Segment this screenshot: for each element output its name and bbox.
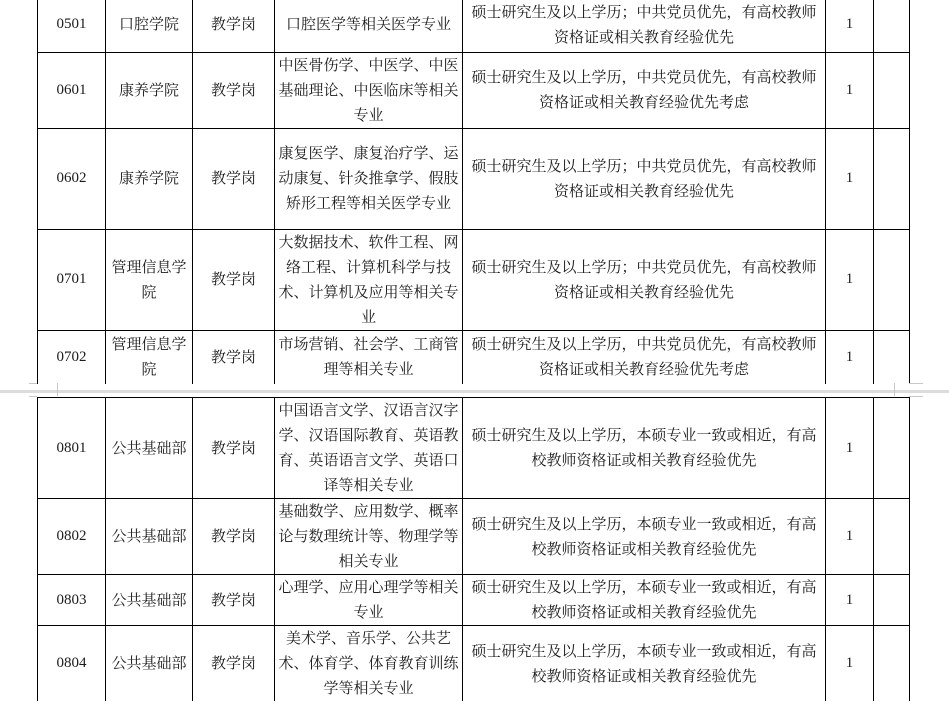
table-row: 0802 公共基础部 教学岗 基础数学、应用数学、概率论与数理统计等、物理学等相… [38, 499, 910, 575]
major: 中国语言文学、汉语言汉字学、汉语国际教育、英语教育、英语语言文学、英语口译等相关… [275, 398, 463, 499]
department: 康养学院 [106, 52, 193, 128]
department: 管理信息学院 [106, 330, 193, 384]
remark [874, 52, 910, 128]
department: 公共基础部 [106, 398, 193, 499]
headcount: 1 [826, 229, 874, 330]
remark [874, 499, 910, 575]
major: 康复医学、康复治疗学、运动康复、针灸推拿学、假肢矫形工程等相关医学专业 [275, 128, 463, 229]
major: 中医骨伤学、中医学、中医基础理论、中医临床等相关专业 [275, 52, 463, 128]
post-type: 教学岗 [193, 0, 275, 52]
table-row: 0804 公共基础部 教学岗 美术学、音乐学、公共艺术、体育学、体育教育训练学等… [38, 626, 910, 701]
margin-corner-mark [909, 383, 923, 384]
remark [874, 128, 910, 229]
position-code: 0702 [38, 330, 106, 384]
department: 公共基础部 [106, 575, 193, 626]
requirements: 硕士研究生及以上学历；中共党员优先，有高校教师资格证或相关教育经验优先 [463, 0, 826, 52]
table-row: 0801 公共基础部 教学岗 中国语言文学、汉语言汉字学、汉语国际教育、英语教育… [38, 398, 910, 499]
requirements: 硕士研究生及以上学历，本硕专业一致或相近，有高校教师资格证或相关教育经验优先 [463, 398, 826, 499]
position-code: 0802 [38, 499, 106, 575]
position-code: 0801 [38, 398, 106, 499]
positions-table-page-2: 0801 公共基础部 教学岗 中国语言文学、汉语言汉字学、汉语国际教育、英语教育… [37, 397, 910, 701]
requirements: 硕士研究生及以上学历，本硕专业一致或相近，有高校教师资格证或相关教育经验优先 [463, 575, 826, 626]
position-code: 0601 [38, 52, 106, 128]
margin-corner-mark [894, 383, 895, 396]
remark [874, 330, 910, 384]
requirements: 硕士研究生及以上学历，本硕专业一致或相近，有高校教师资格证或相关教育经验优先 [463, 499, 826, 575]
major: 美术学、音乐学、公共艺术、体育学、体育教育训练学等相关专业 [275, 626, 463, 701]
position-code: 0602 [38, 128, 106, 229]
position-code: 0803 [38, 575, 106, 626]
department: 管理信息学院 [106, 229, 193, 330]
post-type: 教学岗 [193, 398, 275, 499]
department: 口腔学院 [106, 0, 193, 52]
margin-corner-mark [29, 396, 37, 397]
remark [874, 229, 910, 330]
remark [874, 626, 910, 701]
position-code: 0701 [38, 229, 106, 330]
department: 康养学院 [106, 128, 193, 229]
page-break-separator [0, 384, 949, 397]
post-type: 教学岗 [193, 128, 275, 229]
department: 公共基础部 [106, 499, 193, 575]
table-row: 0702 管理信息学院 教学岗 市场营销、社会学、工商管理等相关专业 硕士研究生… [38, 330, 910, 384]
position-code: 0501 [38, 0, 106, 52]
major: 心理学、应用心理学等相关专业 [275, 575, 463, 626]
major: 市场营销、社会学、工商管理等相关专业 [275, 330, 463, 384]
headcount: 1 [826, 330, 874, 384]
remark [874, 0, 910, 52]
page-gap-band [0, 390, 949, 393]
major: 基础数学、应用数学、概率论与数理统计等、物理学等相关专业 [275, 499, 463, 575]
headcount: 1 [826, 626, 874, 701]
post-type: 教学岗 [193, 575, 275, 626]
requirements: 硕士研究生及以上学历；中共党员优先，有高校教师资格证或相关教育经验优先 [463, 128, 826, 229]
table-row: 0501 口腔学院 教学岗 口腔医学等相关医学专业 硕士研究生及以上学历；中共党… [38, 0, 910, 52]
requirements: 硕士研究生及以上学历，本硕专业一致或相近，有高校教师资格证或相关教育经验优先 [463, 626, 826, 701]
post-type: 教学岗 [193, 626, 275, 701]
table-row: 0803 公共基础部 教学岗 心理学、应用心理学等相关专业 硕士研究生及以上学历… [38, 575, 910, 626]
requirements: 硕士研究生及以上学历；中共党员优先，有高校教师资格证或相关教育经验优先 [463, 229, 826, 330]
headcount: 1 [826, 398, 874, 499]
headcount: 1 [826, 575, 874, 626]
requirements: 硕士研究生及以上学历，中共党员优先，有高校教师资格证或相关教育经验优先考虑 [463, 330, 826, 384]
positions-table-page-1: 0501 口腔学院 教学岗 口腔医学等相关医学专业 硕士研究生及以上学历；中共党… [37, 0, 910, 385]
remark [874, 575, 910, 626]
major: 大数据技术、软件工程、网络工程、计算机科学与技术、计算机及应用等相关专业 [275, 229, 463, 330]
headcount: 1 [826, 0, 874, 52]
requirements: 硕士研究生及以上学历，中共党员优先，有高校教师资格证或相关教育经验优先考虑 [463, 52, 826, 128]
margin-corner-mark [909, 396, 923, 397]
post-type: 教学岗 [193, 330, 275, 384]
margin-corner-mark [57, 383, 58, 396]
major: 口腔医学等相关医学专业 [275, 0, 463, 52]
post-type: 教学岗 [193, 229, 275, 330]
table-row: 0601 康养学院 教学岗 中医骨伤学、中医学、中医基础理论、中医临床等相关专业… [38, 52, 910, 128]
headcount: 1 [826, 499, 874, 575]
table-row: 0701 管理信息学院 教学岗 大数据技术、软件工程、网络工程、计算机科学与技术… [38, 229, 910, 330]
post-type: 教学岗 [193, 499, 275, 575]
remark [874, 398, 910, 499]
position-code: 0804 [38, 626, 106, 701]
headcount: 1 [826, 128, 874, 229]
margin-corner-mark [29, 383, 37, 384]
headcount: 1 [826, 52, 874, 128]
department: 公共基础部 [106, 626, 193, 701]
table-row: 0602 康养学院 教学岗 康复医学、康复治疗学、运动康复、针灸推拿学、假肢矫形… [38, 128, 910, 229]
post-type: 教学岗 [193, 52, 275, 128]
